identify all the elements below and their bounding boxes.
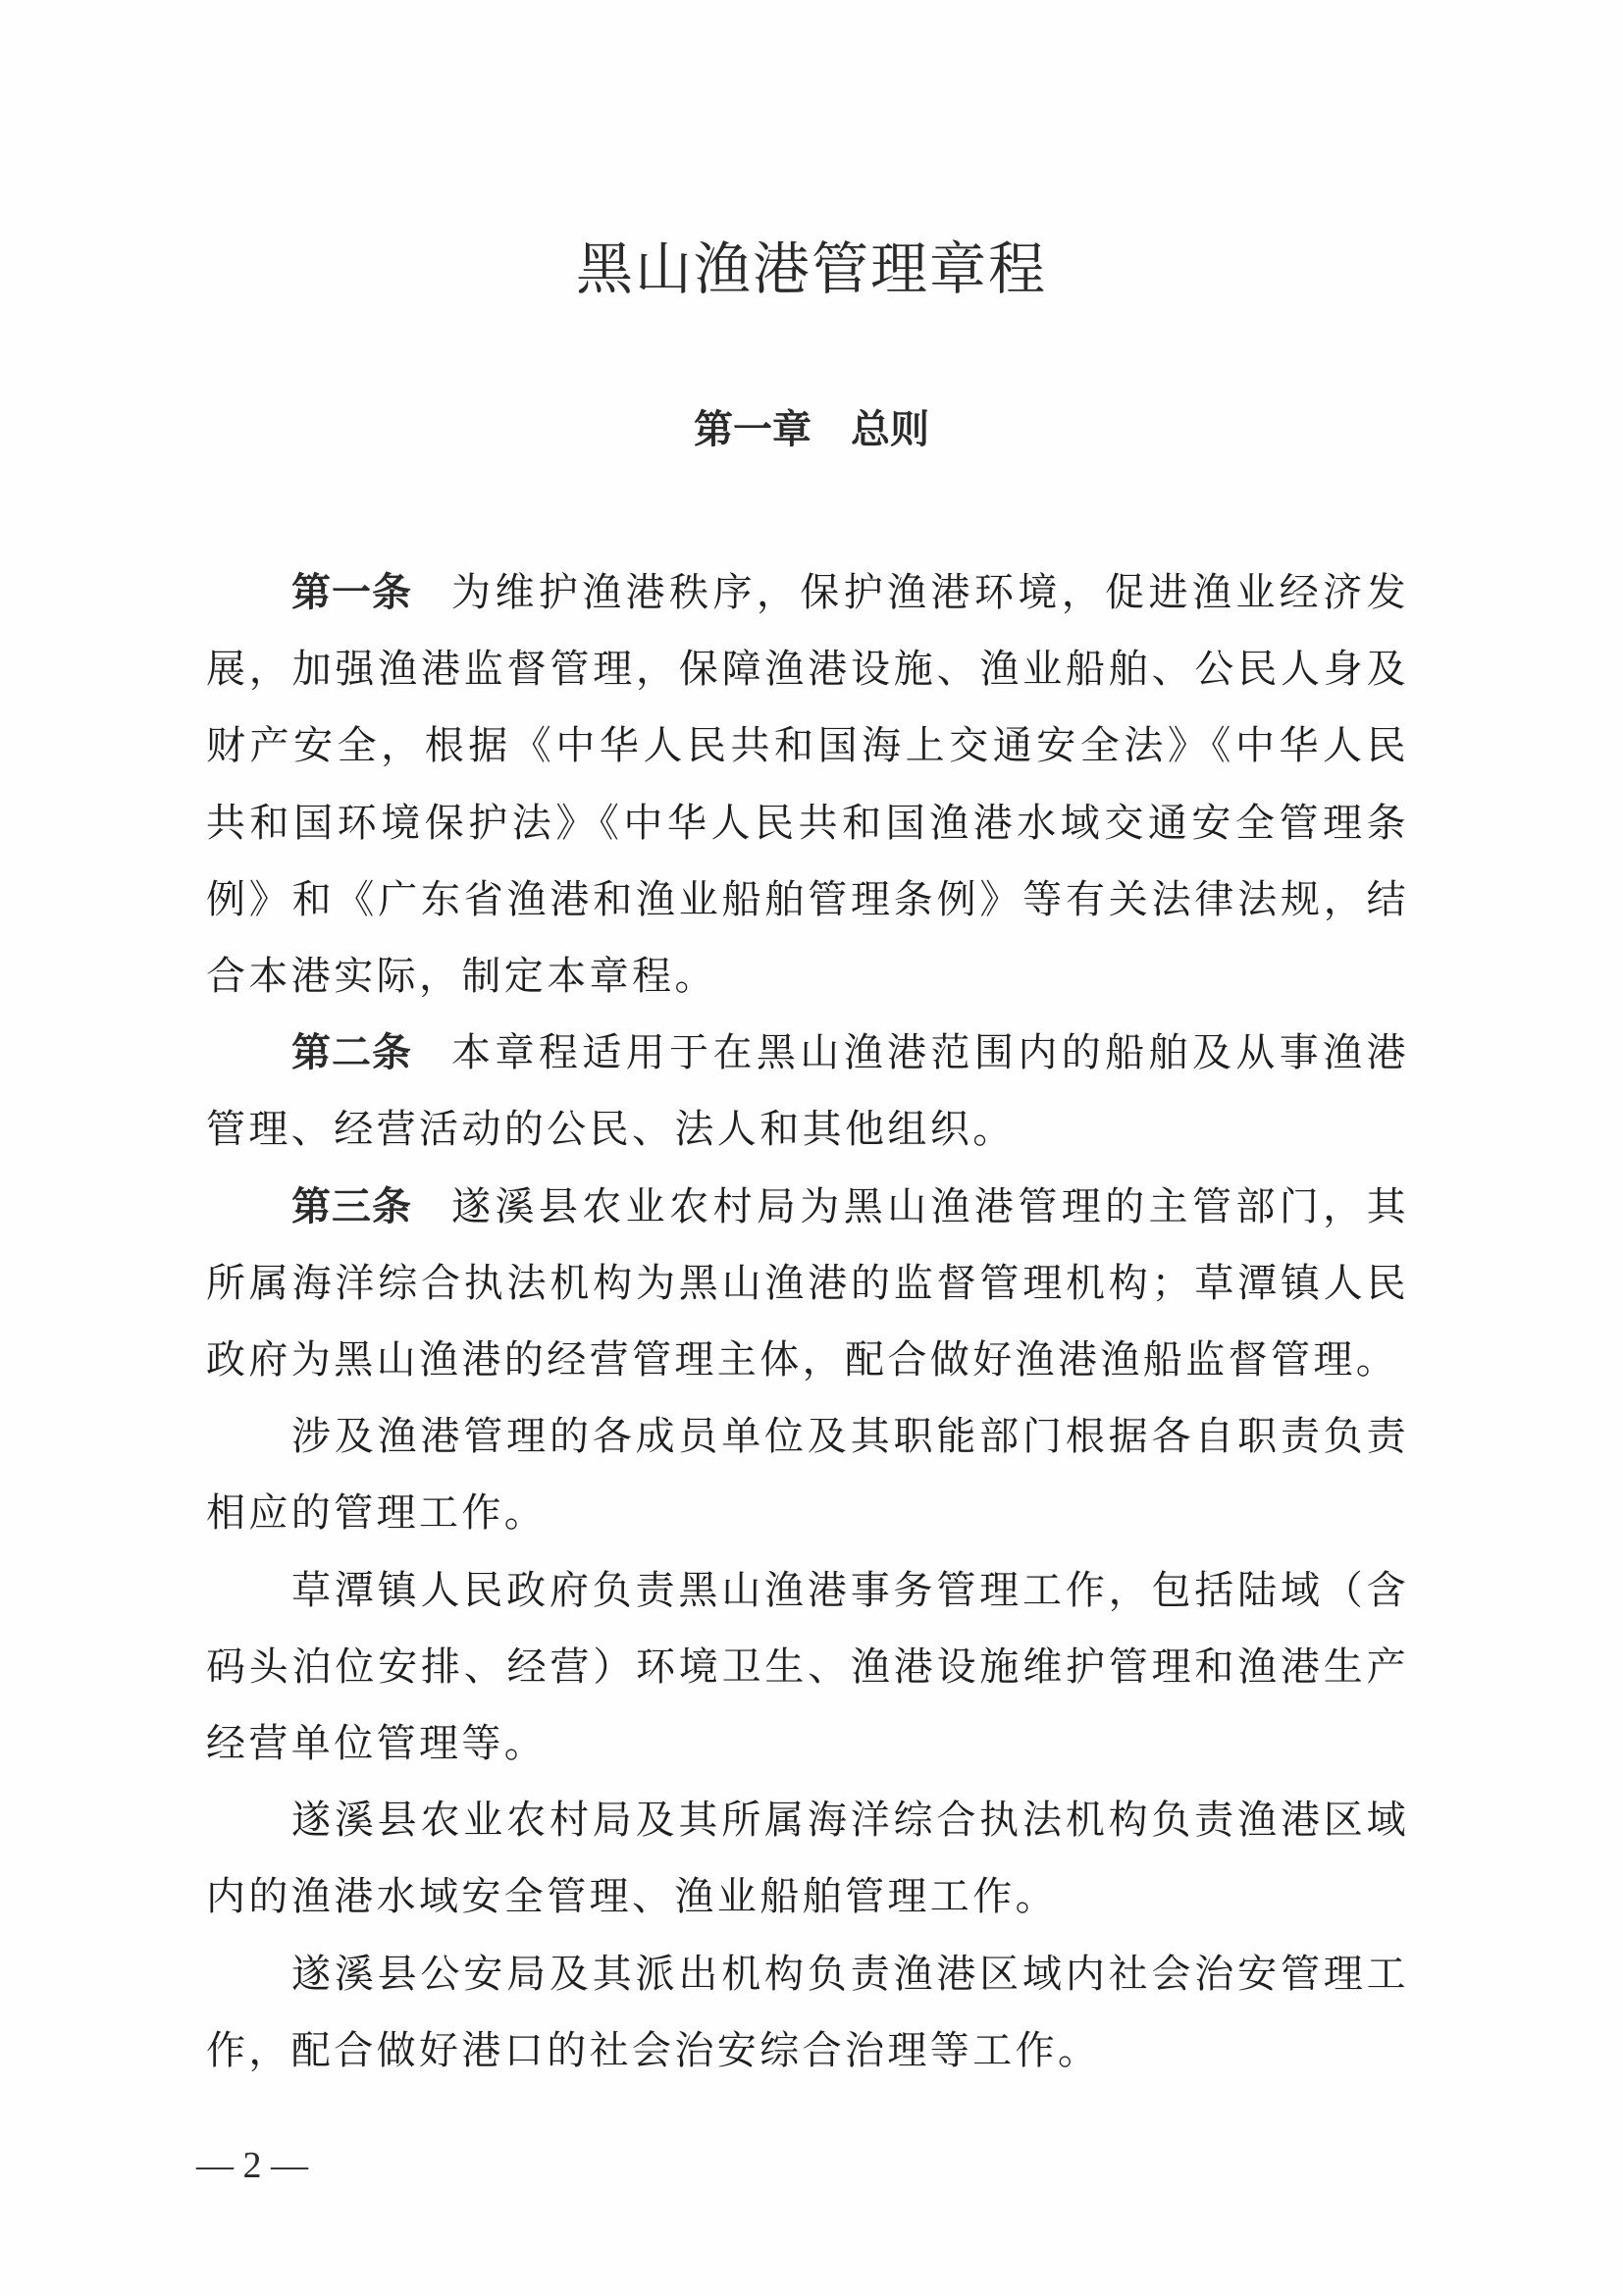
page-number: — 2 — xyxy=(196,2142,308,2189)
article-1-paragraph: 第一条为维护渔港秩序，保护渔港环境，促进渔业经济发展，加强渔港监督管理，保障渔港… xyxy=(206,554,1409,1015)
article-3-paragraph: 第三条遂溪县农业农村局为黑山渔港管理的主管部门，其所属海洋综合执法机构为黑山渔港… xyxy=(206,1169,1409,1399)
chapter-heading: 第一章 总则 xyxy=(0,402,1623,457)
clause-text: 涉及渔港管理的各成员单位及其职能部门根据各自职责负责相应的管理工作。 xyxy=(206,1414,1409,1536)
article-3-clause-agriculture-bureau: 遂溪县农业农村局及其所属海洋综合执法机构负责渔港区域内的渔港水域安全管理、渔业船… xyxy=(206,1782,1409,1935)
article-label: 第三条 xyxy=(291,1184,412,1229)
clause-text: 草潭镇人民政府负责黑山渔港事务管理工作，包括陆域（含码头泊位安排、经营）环境卫生… xyxy=(206,1568,1409,1766)
document-body: 第一条为维护渔港秩序，保护渔港环境，促进渔业经济发展，加强渔港监督管理，保障渔港… xyxy=(206,554,1409,2089)
document-page: 黑山渔港管理章程 第一章 总则 第一条为维护渔港秩序，保护渔港环境，促进渔业经济… xyxy=(0,0,1623,2296)
article-label: 第一条 xyxy=(291,570,412,615)
article-text: 为维护渔港秩序，保护渔港环境，促进渔业经济发展，加强渔港监督管理，保障渔港设施、… xyxy=(206,570,1409,999)
document-title: 黑山渔港管理章程 xyxy=(0,232,1623,306)
article-3-clause-members: 涉及渔港管理的各成员单位及其职能部门根据各自职责负责相应的管理工作。 xyxy=(206,1398,1409,1551)
clause-text: 遂溪县公安局及其派出机构负责渔港区域内社会治安管理工作，配合做好港口的社会治安综… xyxy=(206,1952,1409,2073)
article-3-clause-town-government: 草潭镇人民政府负责黑山渔港事务管理工作，包括陆域（含码头泊位安排、经营）环境卫生… xyxy=(206,1552,1409,1783)
article-3-clause-public-security: 遂溪县公安局及其派出机构负责渔港区域内社会治安管理工作，配合做好港口的社会治安综… xyxy=(206,1936,1409,2089)
article-label: 第二条 xyxy=(291,1030,412,1075)
article-2-paragraph: 第二条本章程适用于在黑山渔港范围内的船舶及从事渔港管理、经营活动的公民、法人和其… xyxy=(206,1015,1409,1168)
clause-text: 遂溪县农业农村局及其所属海洋综合执法机构负责渔港区域内的渔港水域安全管理、渔业船… xyxy=(206,1798,1409,1919)
